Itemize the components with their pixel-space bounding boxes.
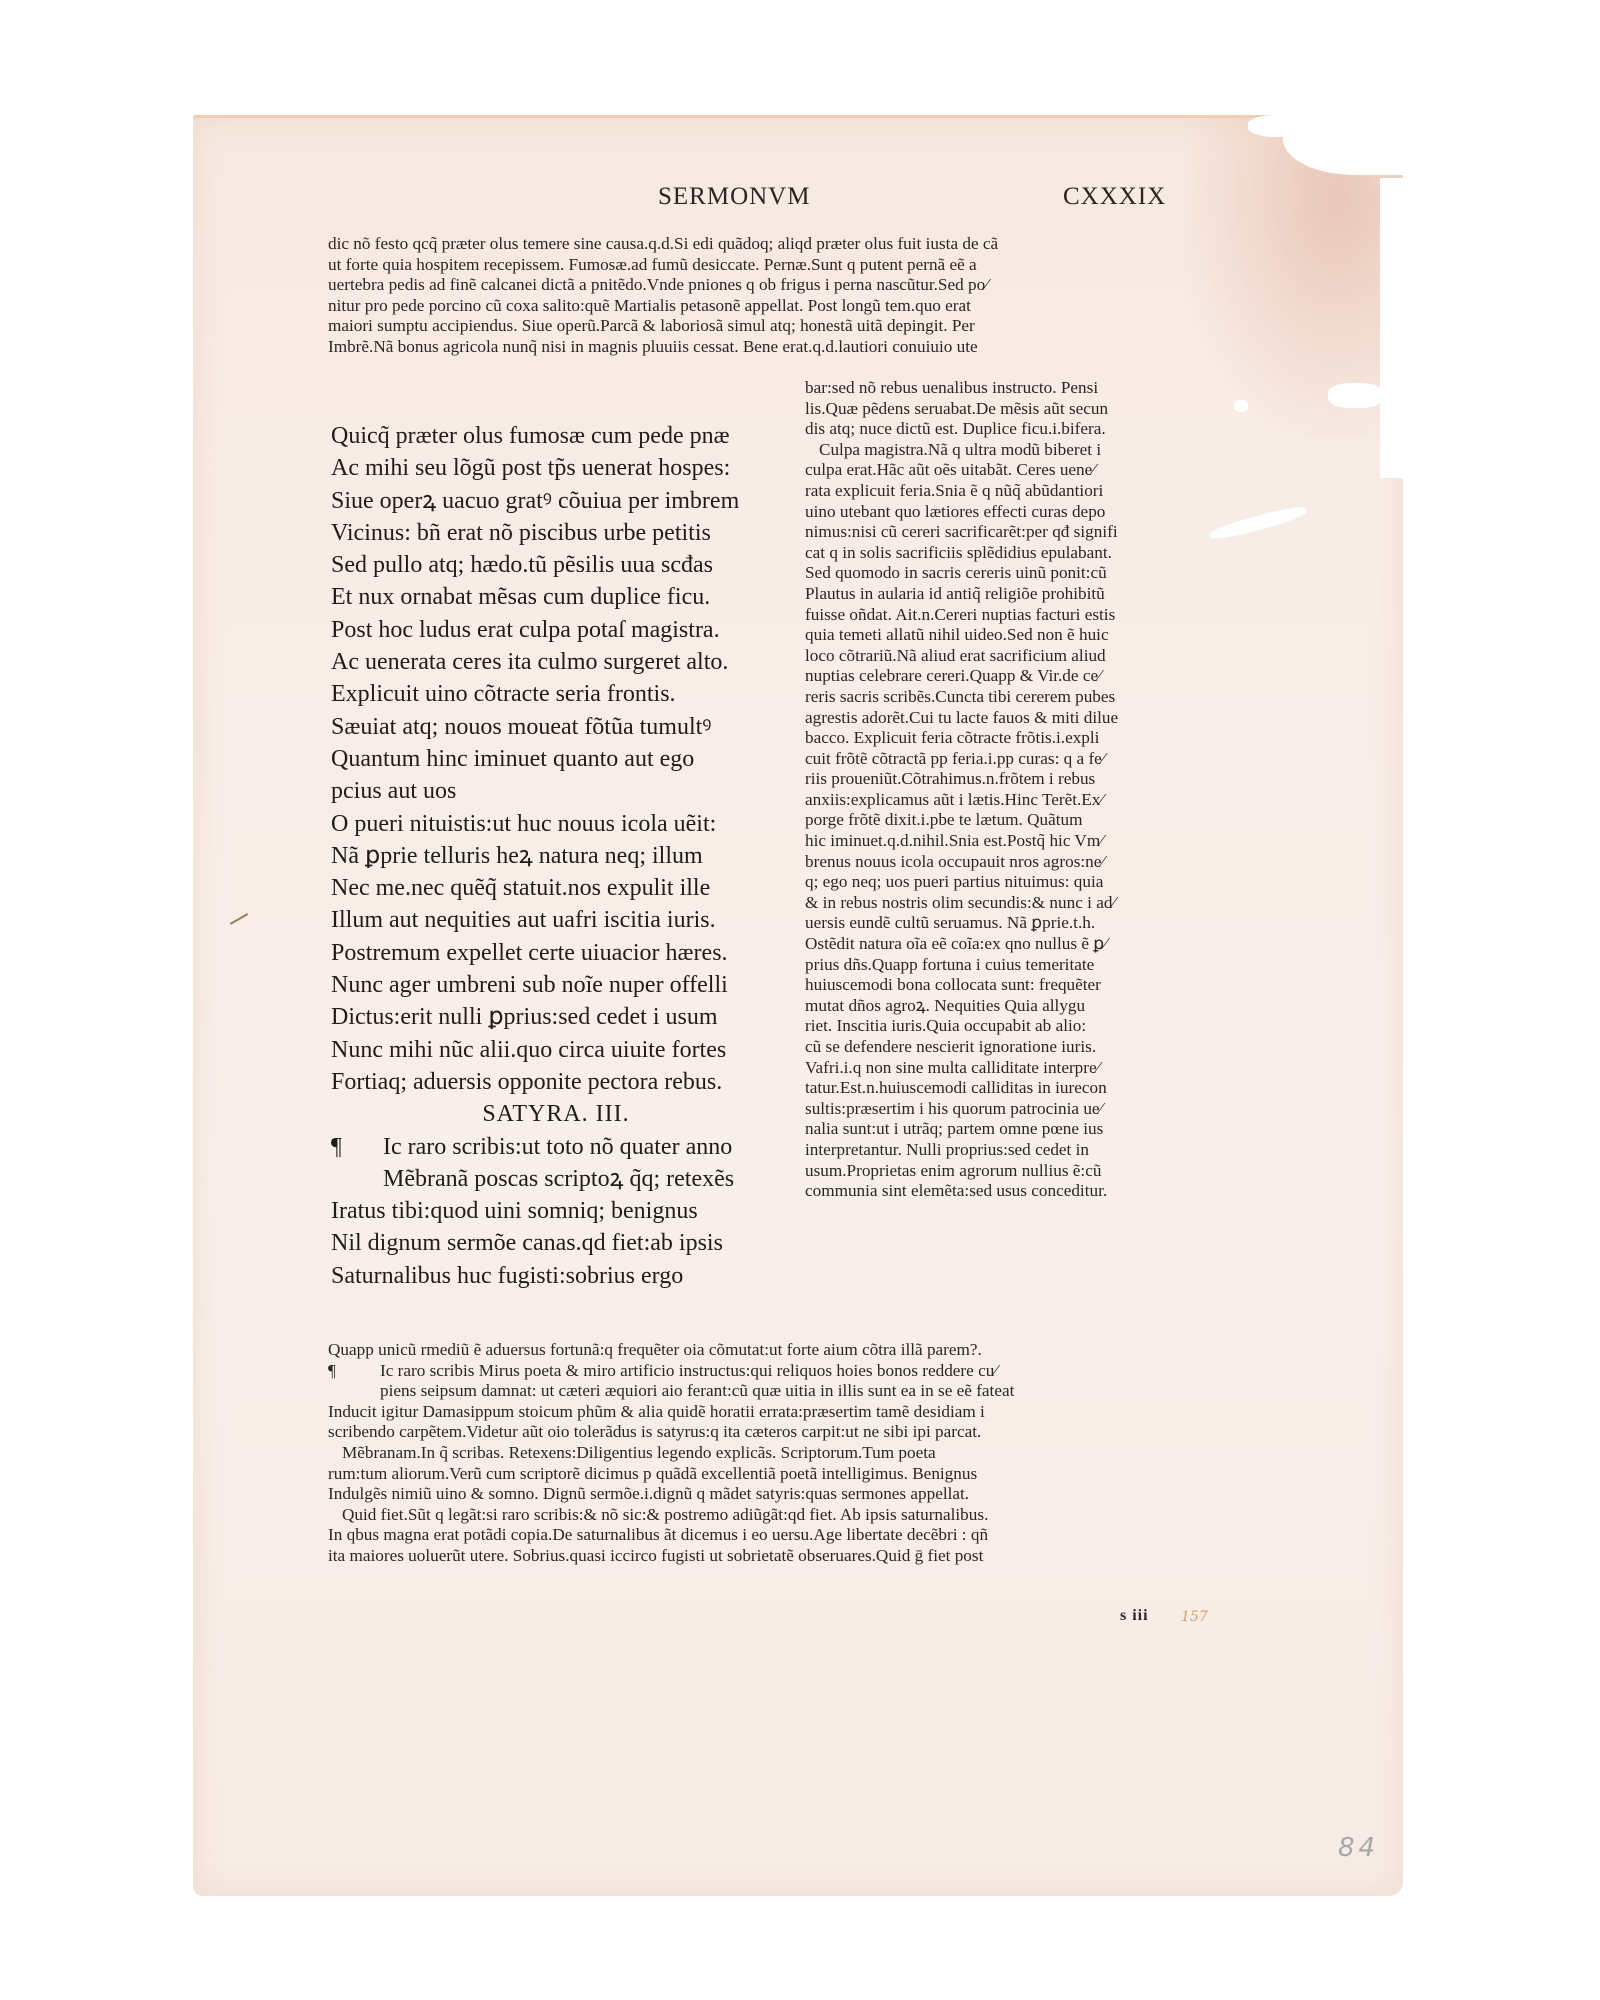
running-title: SERMONVM bbox=[658, 183, 810, 211]
margin-mark-icon bbox=[230, 913, 248, 925]
printed-leaf: SERMONVM CXXXIX dic nõ festo qcq̃ præter… bbox=[193, 115, 1403, 1896]
bottom-commentary: Quapp unicũ rmediũ ẽ aduersus fortunã:q … bbox=[328, 1340, 1208, 1567]
verse-line: Explicuit uino cõtracte seria frontis. bbox=[331, 678, 801, 710]
worm-hole bbox=[1380, 178, 1405, 478]
commentary-line: sultis:præsertim i his quorum patrocinia… bbox=[805, 1099, 1215, 1120]
commentary-line: fuisse oñdat. Ait.n.Cereri nuptias factu… bbox=[805, 605, 1215, 626]
commentary-line: loco cõtrariũ.Nã aliud erat sacrificium … bbox=[805, 646, 1215, 667]
commentary-line: maiori sumptu accipiendus. Siue operũ.Pa… bbox=[328, 316, 1208, 337]
commentary-line: usum.Proprietas enim agrorum nullius ẽ:c… bbox=[805, 1161, 1215, 1182]
verse-line: ¶ Ic raro scribis:ut toto nõ quater anno bbox=[331, 1131, 801, 1163]
commentary-line: Vafri.i.q non sine multa calliditate int… bbox=[805, 1058, 1215, 1079]
commentary-line: riet. Inscitia iuris.Quia occupabit ab a… bbox=[805, 1016, 1215, 1037]
commentary-line: & in rebus nostris olim secundis:& nunc … bbox=[805, 893, 1215, 914]
verse-line: pcius aut uos bbox=[331, 775, 801, 807]
commentary-line: Imbrẽ.Nã bonus agricola nunq̃ nisi in ma… bbox=[328, 337, 1208, 358]
commentary-line: huiuscemodi bona collocata sunt: frequẽt… bbox=[805, 975, 1215, 996]
verse-line: Quantum hinc iminuet quanto aut ego bbox=[331, 743, 801, 775]
top-commentary: dic nõ festo qcq̃ præter olus temere sin… bbox=[328, 234, 1208, 358]
verse-line: Dictus:erit nulli ꝑprius:sed cedet i usu… bbox=[331, 1001, 801, 1033]
commentary-line: nitur pro pede porcino cũ coxa salito:qu… bbox=[328, 296, 1208, 317]
verse-line: Saturnalibus huc fugisti:sobrius ergo bbox=[331, 1260, 801, 1292]
manuscript-note: 157 bbox=[1181, 1609, 1208, 1625]
commentary-line: ut forte quia hospitem recepissem. Fumos… bbox=[328, 255, 1208, 276]
signature-mark: s iii bbox=[1120, 1607, 1149, 1625]
pencil-page-number: 84 bbox=[1338, 1833, 1379, 1863]
commentary-line: cuit frõtẽ cõtractã pp feria.i.pp curas:… bbox=[805, 749, 1215, 770]
worm-hole bbox=[1208, 503, 1308, 542]
commentary-line: scribendo carpẽtem.Videtur aũt oio toler… bbox=[328, 1422, 1208, 1443]
commentary-line: Ostẽdit natura oĩa eẽ coĩa:ex qno nullus… bbox=[805, 934, 1215, 955]
verse-line: Ac uenerata ceres ita culmo surgeret alt… bbox=[331, 646, 801, 678]
commentary-line: mutat dños agroꝝ. Nequities Quia allygu bbox=[805, 996, 1215, 1017]
worm-hole bbox=[1234, 400, 1248, 412]
commentary-line: communia sint elemẽta:sed usus conceditu… bbox=[805, 1181, 1215, 1202]
commentary-line: dis atq; nuce dictũ est. Duplice ficu.i.… bbox=[805, 419, 1215, 440]
commentary-line: bacco. Explicuit feria cõtracte frõtis.i… bbox=[805, 728, 1215, 749]
commentary-line: uersis eundẽ cultũ seruamus. Nã ꝑprie.t.… bbox=[805, 913, 1215, 934]
commentary-line: nuptias celebrare cereri.Quapp & Vir.de … bbox=[805, 666, 1215, 687]
verse-line: Postremum expellet certe uiuacior hæres. bbox=[331, 937, 801, 969]
commentary-line: piens seipsum damnat: ut cæteri æquiori … bbox=[328, 1381, 1208, 1402]
verse-line: Et nux ornabat mẽsas cum duplice ficu. bbox=[331, 581, 801, 613]
verse-line: Sed pullo atq; hædo.tũ pẽsilis uua scđas bbox=[331, 549, 801, 581]
commentary-line: Sed quomodo in sacris cereris uinũ ponit… bbox=[805, 563, 1215, 584]
verse-text: Ic raro scribis:ut toto nõ quater anno bbox=[383, 1134, 732, 1160]
commentary-line: hic iminuet.q.d.nihil.Snia est.Postq̃ hi… bbox=[805, 831, 1215, 852]
worm-hole bbox=[1328, 383, 1383, 408]
verse-line: Nil dignum sermõe canas.qd fiet:ab ipsis bbox=[331, 1227, 801, 1259]
commentary-line: q; ego neq; uos pueri partius nituimus: … bbox=[805, 872, 1215, 893]
commentary-line: tatur.Est.n.huiuscemodi calliditas in iu… bbox=[805, 1078, 1215, 1099]
verse-line: Nunc mihi nũc alii.quo circa uiuite fort… bbox=[331, 1034, 801, 1066]
commentary-line: lis.Quæ pẽdens seruabat.De mẽsis aũt sec… bbox=[805, 399, 1215, 420]
verse-line: Nã ꝑprie telluris heꝝ natura neq; illum bbox=[331, 840, 801, 872]
satire-heading: SATYRA. III. bbox=[331, 1098, 801, 1130]
commentary-line: rum:tum aliorum.Verũ cum scriptorẽ dicim… bbox=[328, 1464, 1208, 1485]
commentary-line: cat q in solis sacrificiis splẽdidius ep… bbox=[805, 543, 1215, 564]
verse-line: Post hoc ludus erat culpa potaſ magistra… bbox=[331, 614, 801, 646]
page-header: SERMONVM CXXXIX bbox=[193, 183, 1403, 223]
verse-line: Nunc ager umbreni sub noĩe nuper offelli bbox=[331, 969, 801, 1001]
commentary-line: rata explicuit feria.Snia ẽ q nũq̃ abũda… bbox=[805, 481, 1215, 502]
verse-line: Sæuiat atq; nouos moueat fõtũa tumultꝰ bbox=[331, 711, 801, 743]
commentary-line: Inducit igitur Damasippum stoicum phũm &… bbox=[328, 1402, 1208, 1423]
commentary-line: cũ se defendere nescierit ignoratione iu… bbox=[805, 1037, 1215, 1058]
verse-line: Fortiaq; aduersis opponite pectora rebus… bbox=[331, 1066, 801, 1098]
verse-line: Quicq̃ præter olus fumosæ cum pede pnæ bbox=[331, 420, 801, 452]
right-commentary: bar:sed nõ rebus uenalibus instructo. Pe… bbox=[805, 378, 1215, 1202]
commentary-text: Ic raro scribis Mirus poeta & miro artif… bbox=[380, 1361, 997, 1380]
commentary-line: Quid fiet.Sũt q legãt:si raro scribis:& … bbox=[328, 1505, 1208, 1526]
verse-line: Ac mihi seu lõgũ post tp̃s uenerat hospe… bbox=[331, 452, 801, 484]
commentary-line: porge frõtẽ dixit.i.pbe te lætum. Quãtum bbox=[805, 810, 1215, 831]
commentary-line: quia temeti allatũ nihil uideo.Sed non ẽ… bbox=[805, 625, 1215, 646]
commentary-line: nimus:nisi cũ cereri sacrificarẽt:per qđ… bbox=[805, 522, 1215, 543]
verse-line: Vicinus: bñ erat nõ piscibus urbe petiti… bbox=[331, 517, 801, 549]
verse-line: Siue operꝝ uacuo gratꝰ cõuiua per imbrem bbox=[331, 485, 801, 517]
verse-line: O pueri nituistis:ut huc nouus icola uẽi… bbox=[331, 808, 801, 840]
commentary-line: uino utebant quo lætiores effecti curas … bbox=[805, 502, 1215, 523]
commentary-line: interpretantur. Nulli proprius:sed cedet… bbox=[805, 1140, 1215, 1161]
commentary-line: culpa erat.Hãc aũt oẽs uitabãt. Ceres ue… bbox=[805, 460, 1215, 481]
pilcrow-icon: ¶ bbox=[328, 1361, 336, 1382]
commentary-line: bar:sed nõ rebus uenalibus instructo. Pe… bbox=[805, 378, 1215, 399]
commentary-line: nalia sunt:ut i utrãq; partem omne pœne … bbox=[805, 1119, 1215, 1140]
commentary-line: ¶ Ic raro scribis Mirus poeta & miro art… bbox=[328, 1361, 1208, 1382]
verse-line: Illum aut nequities aut uafri iscitia iu… bbox=[331, 904, 801, 936]
commentary-line: reris sacris scribẽs.Cuncta tibi cererem… bbox=[805, 687, 1215, 708]
commentary-line: In qbus magna erat potãdi copia.De satur… bbox=[328, 1525, 1208, 1546]
verse-line: Mẽbranã poscas scriptoꝝ q̃q; retexẽs bbox=[331, 1163, 801, 1195]
verse-column: Quicq̃ præter olus fumosæ cum pede pnæ A… bbox=[331, 420, 801, 1292]
folio-number: CXXXIX bbox=[1063, 183, 1166, 211]
commentary-line: dic nõ festo qcq̃ præter olus temere sin… bbox=[328, 234, 1208, 255]
verse-line: Iratus tibi:quod uini somniq; benignus bbox=[331, 1195, 801, 1227]
commentary-line: Mẽbranam.In q̃ scribas. Retexens:Diligen… bbox=[328, 1443, 1208, 1464]
commentary-line: brenus nouus icola occupauit nros agros:… bbox=[805, 852, 1215, 873]
commentary-line: agrestis adorẽt.Cui tu lacte fauos & mit… bbox=[805, 708, 1215, 729]
commentary-line: anxiis:explicamus aũt i lætis.Hinc Terẽt… bbox=[805, 790, 1215, 811]
commentary-line: prius dñs.Quapp fortuna i cuius temerita… bbox=[805, 955, 1215, 976]
commentary-line: Culpa magistra.Nã q ultra modũ biberet i bbox=[805, 440, 1215, 461]
commentary-line: uertebra pedis ad finẽ calcanei dictã a … bbox=[328, 275, 1208, 296]
commentary-line: Indulgẽs nimiũ uino & somno. Dignũ sermõ… bbox=[328, 1484, 1208, 1505]
commentary-line: Quapp unicũ rmediũ ẽ aduersus fortunã:q … bbox=[328, 1340, 1208, 1361]
verse-line: Nec me.nec quẽq̃ statuit.nos expulit ill… bbox=[331, 872, 801, 904]
commentary-line: riis proueniũt.Cõtrahimus.n.frõtem i reb… bbox=[805, 769, 1215, 790]
worm-hole bbox=[1283, 115, 1403, 175]
pilcrow-icon: ¶ bbox=[331, 1131, 342, 1163]
commentary-line: Plautus in aularia id antiq̃ religiõe pr… bbox=[805, 584, 1215, 605]
commentary-line: ita maiores uoluerũt utere. Sobrius.quas… bbox=[328, 1546, 1208, 1567]
